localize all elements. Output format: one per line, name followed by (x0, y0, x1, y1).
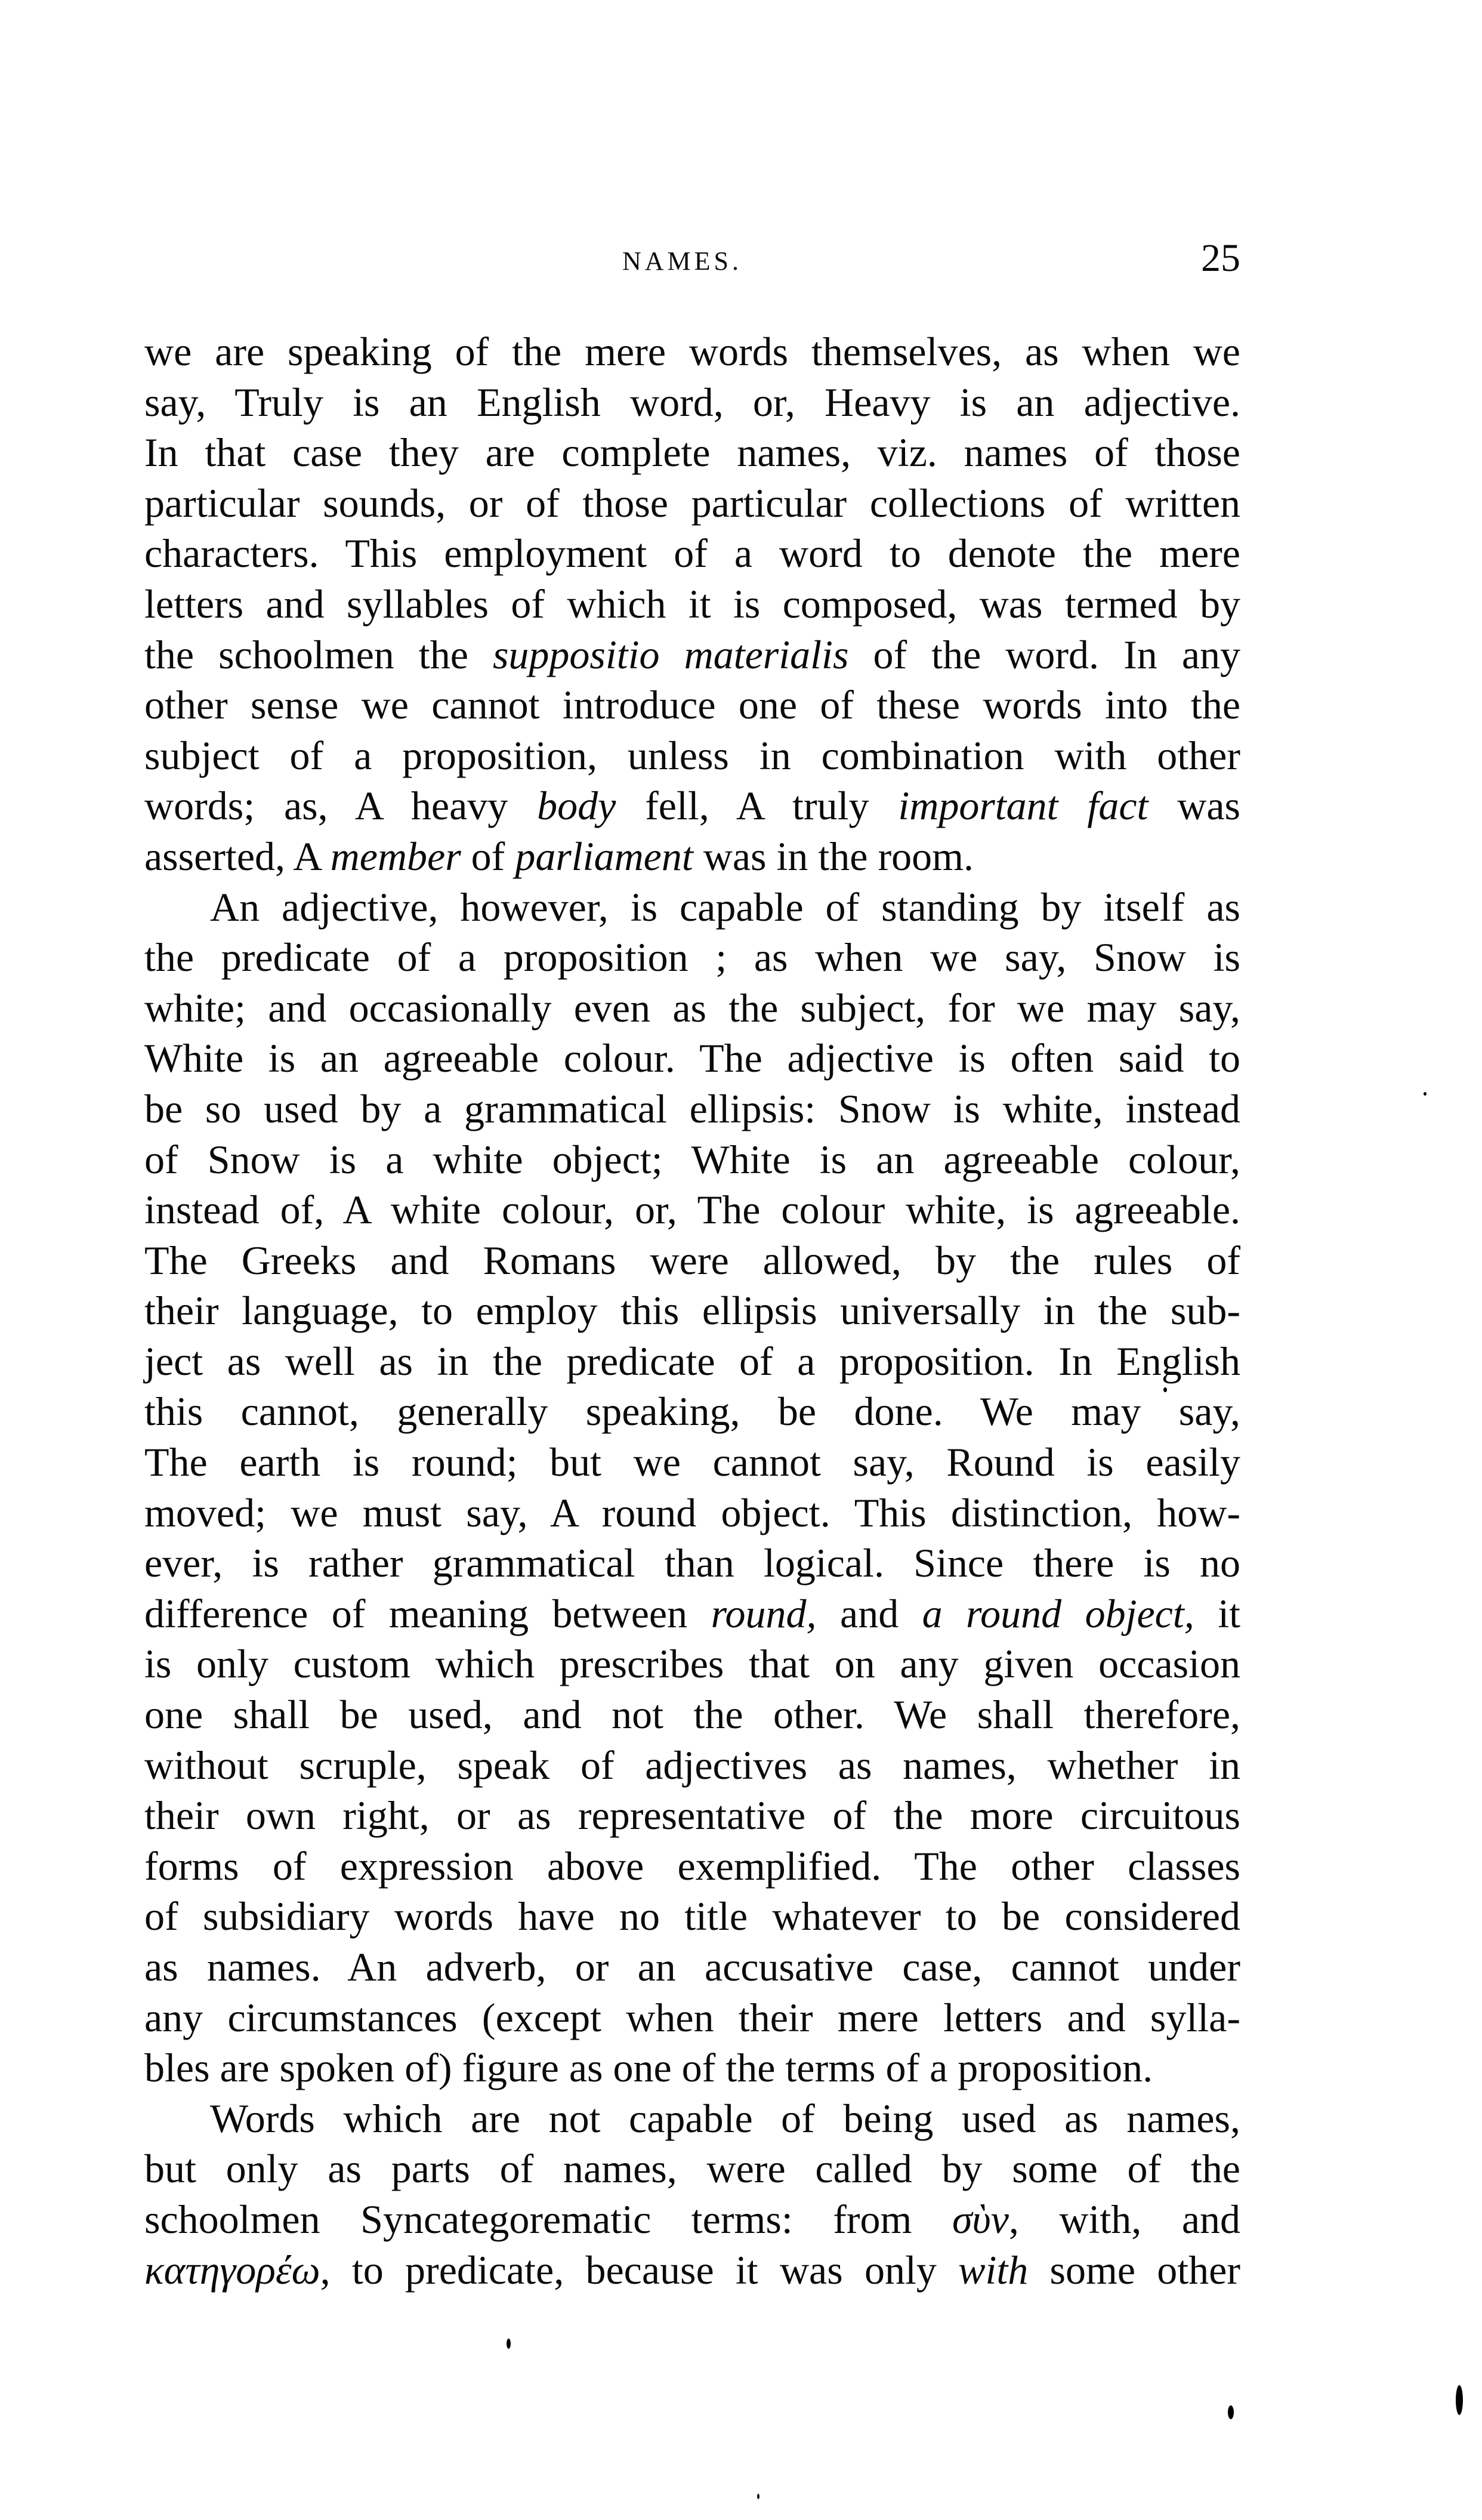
text-run: The Greeks and Romans were allowed, by t… (144, 1238, 1240, 1283)
text-run: An adjective, however, is capable of sta… (210, 884, 1240, 930)
text-run: of subsidiary words have no title whatev… (144, 1893, 1240, 1939)
running-title: NAMES. (622, 243, 742, 279)
text-run: ject as well as in the predicate of a pr… (144, 1338, 1240, 1384)
text-run: bles are spoken of) figure as one of the… (144, 2045, 1153, 2090)
text-line: Words which are not capable of being use… (144, 2093, 1240, 2144)
text-run: fell, A truly (616, 783, 898, 828)
text-run: characters. This employment of a word to… (144, 530, 1240, 576)
text-run: other sense we cannot introduce one of t… (144, 682, 1240, 727)
italic-run: body (537, 783, 616, 828)
text-run: particular sounds, or of those particula… (144, 480, 1240, 526)
text-run: was (1148, 783, 1240, 828)
text-line: The Greeks and Romans were allowed, by t… (144, 1235, 1240, 1286)
text-line: subject of a proposition, unless in comb… (144, 730, 1240, 781)
text-run: one shall be used, and not the other. We… (144, 1692, 1240, 1737)
speck-right-margin (1424, 1092, 1427, 1096)
paragraph: we are speaking of the mere words themse… (144, 326, 1240, 882)
text-run: forms of expression above exemplified. T… (144, 1843, 1240, 1889)
text-line: asserted, A member of parliament was in … (144, 831, 1240, 882)
text-line: without scruple, speak of adjectives as … (144, 1740, 1240, 1791)
text-line: we are speaking of the mere words themse… (144, 326, 1240, 377)
text-run: say, Truly is an English word, or, Heavy… (144, 380, 1240, 425)
text-run: , to predicate, because it was only (320, 2247, 958, 2293)
page-number: 25 (1201, 239, 1240, 278)
italic-run: parliament (515, 834, 693, 879)
text-run: the predicate of a proposition ; as when… (144, 934, 1240, 980)
text-run: White is an agreeable colour. The adject… (144, 1035, 1240, 1081)
italic-run: κατηγορέω (144, 2247, 320, 2293)
text-run: of Snow is a white object; White is an a… (144, 1137, 1240, 1182)
text-run: words; as, A heavy (144, 783, 537, 828)
italic-run: suppositio materialis (493, 632, 848, 677)
text-run: their own right, or as representative of… (144, 1793, 1240, 1838)
text-run: and (817, 1591, 922, 1636)
text-line: schoolmen Syncategorematic terms: from σ… (144, 2194, 1240, 2245)
text-line: the predicate of a proposition ; as when… (144, 932, 1240, 983)
text-run: this cannot, generally speaking, be done… (144, 1389, 1240, 1434)
text-line: of subsidiary words have no title whatev… (144, 1891, 1240, 1942)
text-run: any circumstances (except when their mer… (144, 1995, 1240, 2040)
text-line: An adjective, however, is capable of sta… (144, 882, 1240, 933)
paragraph: Words which are not capable of being use… (144, 2093, 1240, 2295)
text-line: The earth is round; but we cannot say, R… (144, 1437, 1240, 1488)
text-run: as names. An adverb, or an accusative ca… (144, 1944, 1240, 1990)
text-run: some other (1028, 2247, 1240, 2293)
text-run: white; and occasionally even as the subj… (144, 985, 1240, 1031)
text-run: moved; we must say, A round object. This… (144, 1490, 1240, 1535)
text-run: we are speaking of the mere words themse… (144, 329, 1240, 374)
blob-right-edge (1456, 2385, 1463, 2415)
text-run: The earth is round; but we cannot say, R… (144, 1439, 1240, 1485)
text-run: the schoolmen the (144, 632, 493, 677)
text-run: letters and syllables of which it is com… (144, 581, 1240, 627)
text-run: of (461, 834, 515, 879)
running-head: NAMES. 25 (144, 243, 1240, 279)
italic-run: important fact (898, 783, 1148, 828)
text-line: as names. An adverb, or an accusative ca… (144, 1942, 1240, 1992)
italic-run: round, (711, 1591, 817, 1636)
text-run: it (1194, 1591, 1240, 1636)
text-line: characters. This employment of a word to… (144, 528, 1240, 579)
text-line: the schoolmen the suppositio materialis … (144, 630, 1240, 680)
italic-run: member (331, 834, 461, 879)
text-run: instead of, A white colour, or, The colo… (144, 1187, 1240, 1232)
text-run: asserted, A (144, 834, 331, 879)
text-line: any circumstances (except when their mer… (144, 1992, 1240, 2043)
text-run: schoolmen Syncategorematic terms: from (144, 2197, 952, 2242)
text-line: words; as, A heavy body fell, A truly im… (144, 781, 1240, 831)
text-run: In that case they are complete names, vi… (144, 430, 1240, 475)
paragraph: An adjective, however, is capable of sta… (144, 882, 1240, 2093)
text-line: say, Truly is an English word, or, Heavy… (144, 377, 1240, 428)
italic-run: σὺν (952, 2197, 1009, 2242)
speck-bottom-left (507, 2339, 511, 2349)
text-run: of the word. In any (848, 632, 1240, 677)
text-line: this cannot, generally speaking, be done… (144, 1386, 1240, 1437)
book-page: NAMES. 25 we are speaking of the mere wo… (0, 0, 1482, 2520)
text-line: their own right, or as representative of… (144, 1790, 1240, 1841)
text-run: but only as parts of names, were called … (144, 2146, 1240, 2191)
text-run: , with, and (1009, 2197, 1240, 2242)
text-run: is only custom which prescribes that on … (144, 1641, 1240, 1686)
text-line: other sense we cannot introduce one of t… (144, 680, 1240, 730)
text-run: difference of meaning between (144, 1591, 711, 1636)
text-line: one shall be used, and not the other. We… (144, 1689, 1240, 1740)
speck-bottom-right (1228, 2405, 1234, 2419)
text-line: is only custom which prescribes that on … (144, 1639, 1240, 1689)
speck-bottom-center (757, 2494, 759, 2499)
text-line: bles are spoken of) figure as one of the… (144, 2043, 1240, 2093)
text-run: ever, is rather grammatical than logical… (144, 1540, 1240, 1586)
italic-run: a round object, (922, 1591, 1194, 1636)
text-line: white; and occasionally even as the subj… (144, 983, 1240, 1034)
text-run: was in the room. (693, 834, 974, 879)
text-line: ever, is rather grammatical than logical… (144, 1538, 1240, 1589)
text-line: forms of expression above exemplified. T… (144, 1841, 1240, 1892)
text-run: their language, to employ this ellipsis … (144, 1288, 1240, 1333)
text-line: particular sounds, or of those particula… (144, 478, 1240, 529)
text-line: difference of meaning between round, and… (144, 1589, 1240, 1639)
text-run: subject of a proposition, unless in comb… (144, 733, 1240, 778)
text-line: In that case they are complete names, vi… (144, 427, 1240, 478)
italic-run: with (958, 2247, 1028, 2293)
body-text: we are speaking of the mere words themse… (144, 326, 1240, 2295)
text-line: their language, to employ this ellipsis … (144, 1285, 1240, 1336)
text-line: be so used by a grammatical ellipsis: Sn… (144, 1084, 1240, 1134)
speck-mid-line (1163, 1387, 1167, 1392)
text-line: but only as parts of names, were called … (144, 2143, 1240, 2194)
text-line: letters and syllables of which it is com… (144, 579, 1240, 630)
text-line: of Snow is a white object; White is an a… (144, 1134, 1240, 1185)
text-run: be so used by a grammatical ellipsis: Sn… (144, 1086, 1240, 1131)
text-line: κατηγορέω, to predicate, because it was … (144, 2245, 1240, 2296)
text-run: without scruple, speak of adjectives as … (144, 1742, 1240, 1788)
text-line: ject as well as in the predicate of a pr… (144, 1336, 1240, 1387)
text-line: instead of, A white colour, or, The colo… (144, 1185, 1240, 1235)
text-line: moved; we must say, A round object. This… (144, 1488, 1240, 1538)
text-run: Words which are not capable of being use… (210, 2096, 1240, 2141)
text-line: White is an agreeable colour. The adject… (144, 1033, 1240, 1084)
